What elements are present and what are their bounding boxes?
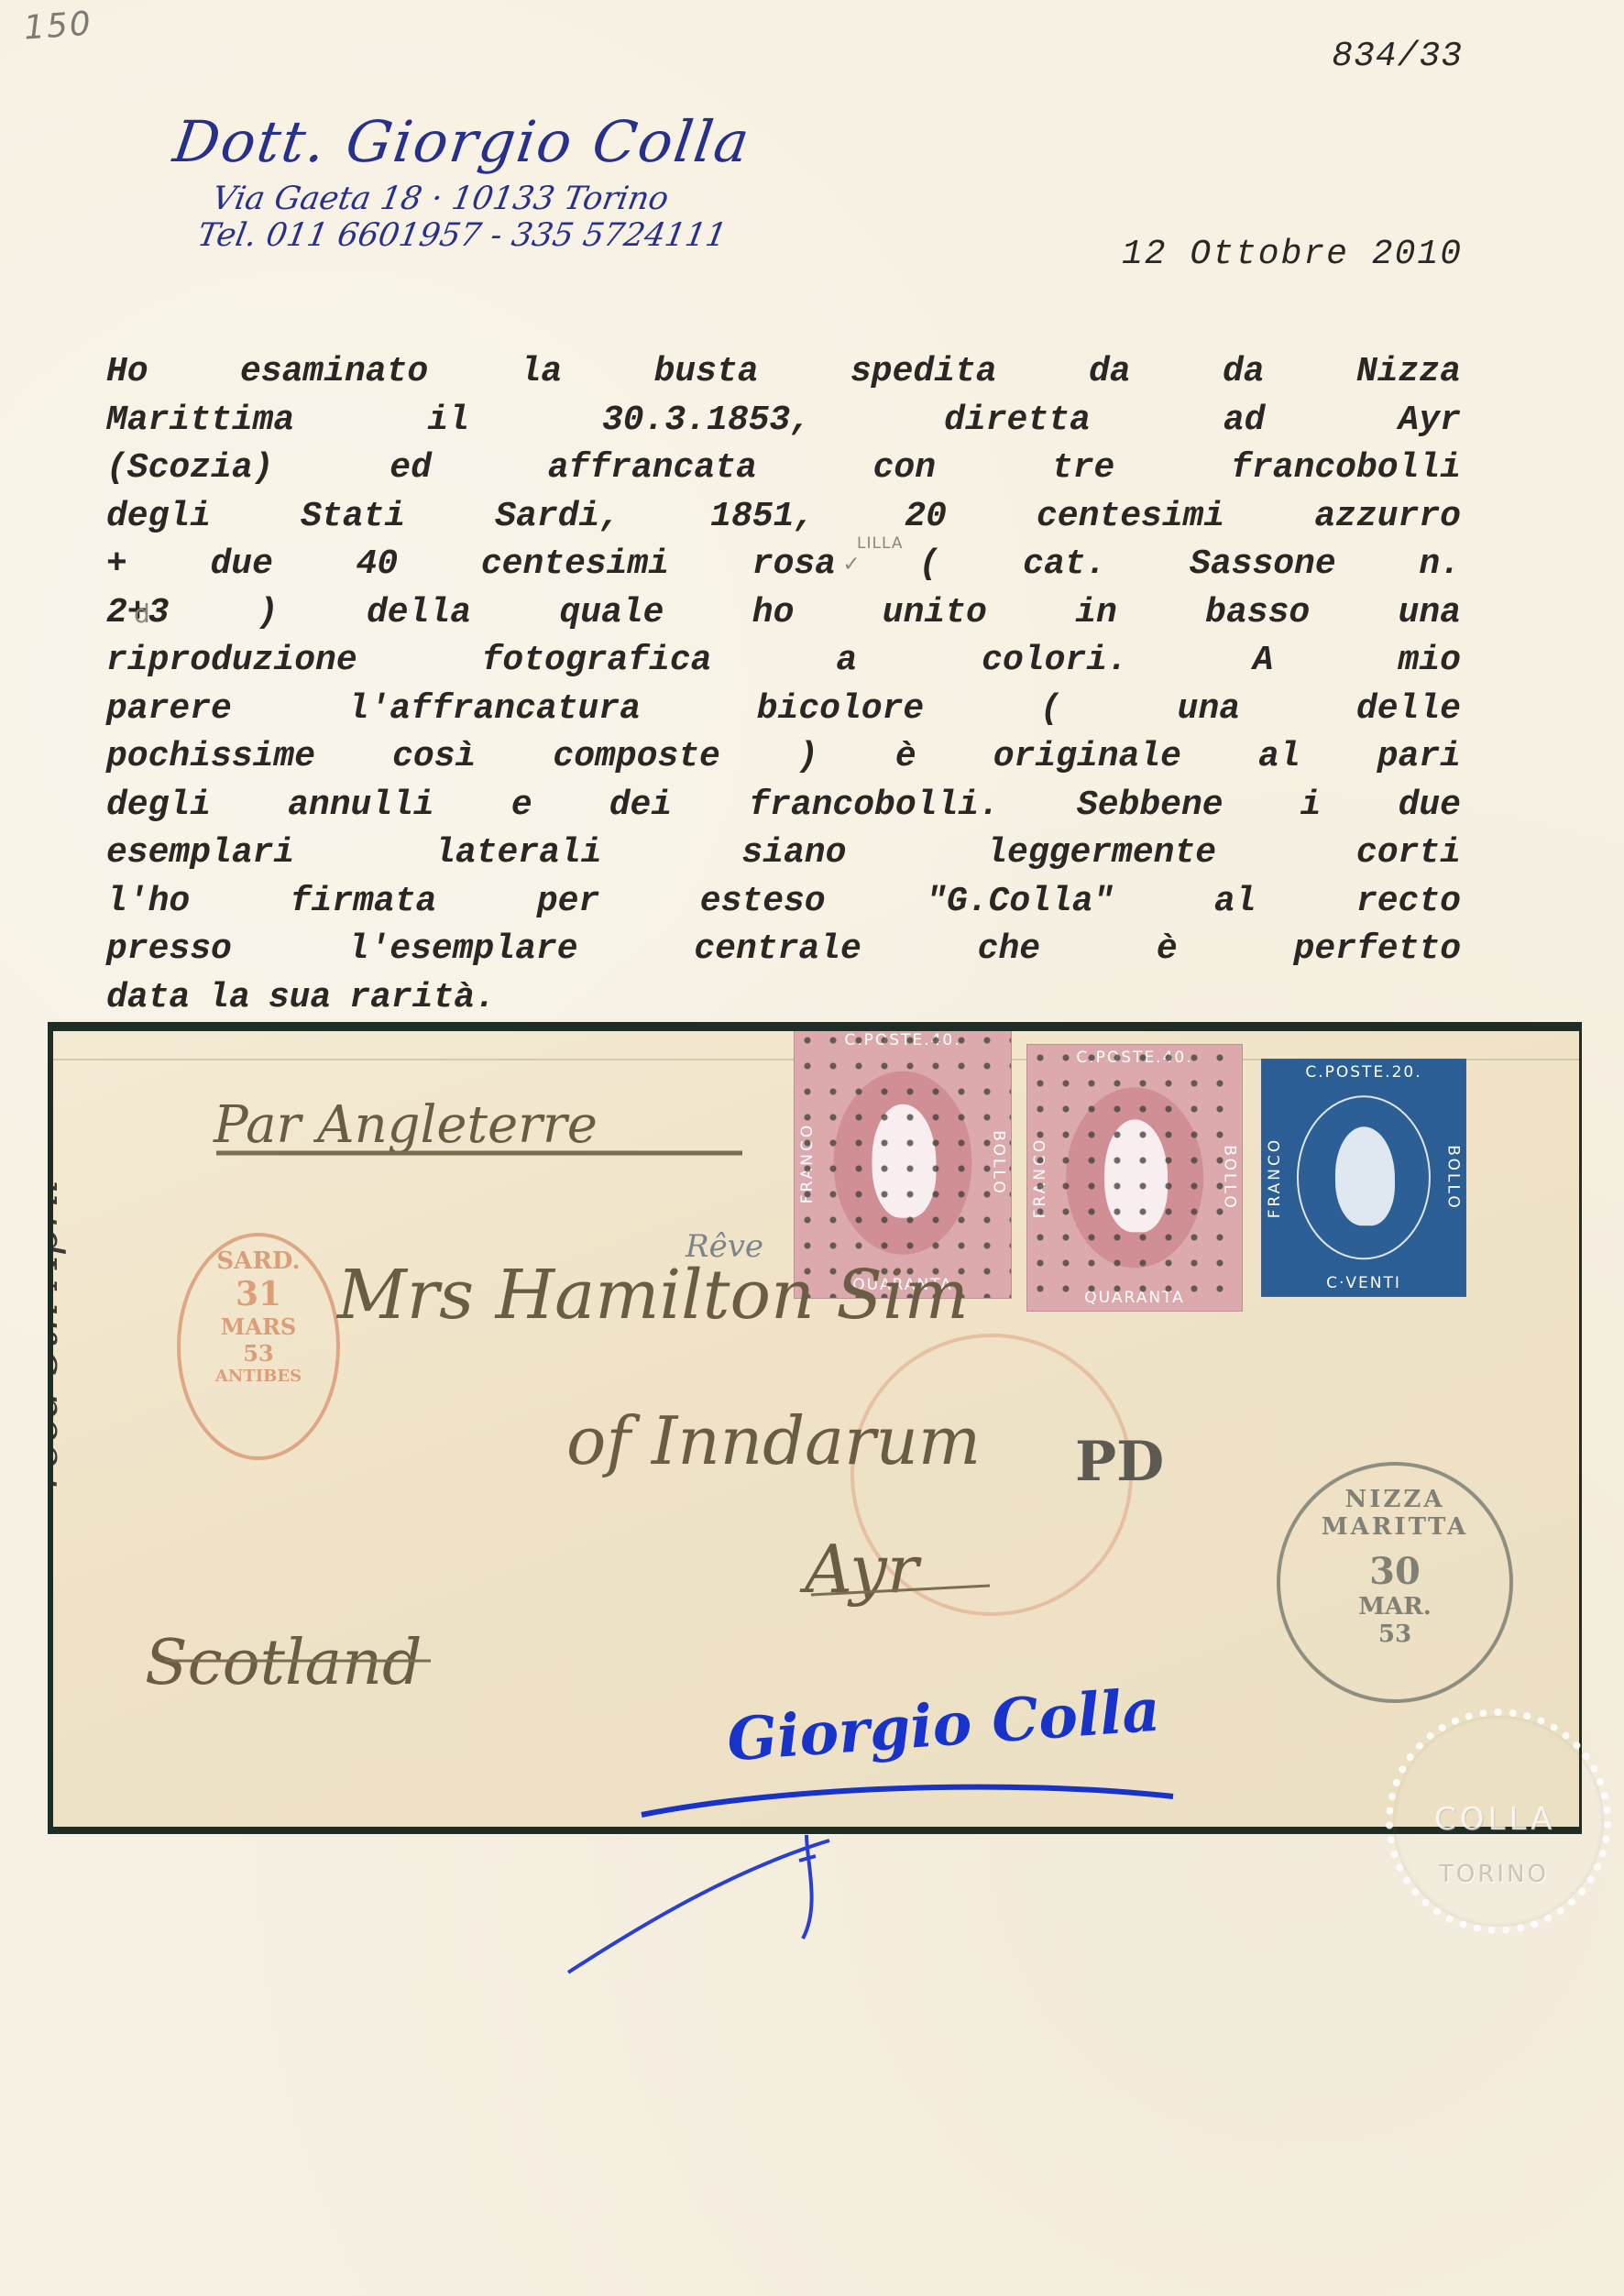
body-word: ad [1223, 397, 1266, 445]
certificate-body-line: degliannulliedeifrancobolli.Sebbeneidue [106, 782, 1461, 830]
body-word: pari [1377, 733, 1461, 782]
certificate-body-line: degliStatiSardi,1851,20centesimiazzurro [106, 493, 1461, 542]
certificate-body-line: HoesaminatolabustaspeditadadaNizza [106, 348, 1461, 397]
body-word: Ho [106, 348, 148, 397]
body-word: ) [797, 733, 818, 782]
body-word: Ayr [1399, 397, 1461, 445]
body-word: degli [106, 493, 211, 542]
pencil-annotation-lilla: LILLA [857, 534, 903, 553]
certificate-number: 834/33 [1332, 37, 1463, 76]
stamp-bottom-legend: QUARANTA [1027, 1289, 1242, 1307]
body-word: la [521, 348, 563, 397]
body-word: corti [1356, 829, 1461, 878]
body-word: quale [559, 589, 664, 638]
postmark-month: MAR. [1280, 1593, 1509, 1620]
body-word: è [895, 733, 916, 782]
address-country: Scotland [145, 1627, 422, 1699]
postmark-year: 53 [1280, 1620, 1509, 1648]
body-word: l'ho [106, 878, 190, 927]
envelope-photo: C.POSTE.40. FRANCO BOLLO QUARANTA C.POST… [53, 1031, 1579, 1827]
body-word: annulli [288, 782, 434, 830]
body-word: della [367, 589, 471, 638]
body-word: dei [609, 782, 672, 830]
expert-signature: Giorgio Colla [725, 1676, 1162, 1775]
certificate-body-line: (Scozia)edaffrancatacontrefrancobolli [106, 445, 1461, 493]
certificate-body-line: pressol'esemplarecentralecheèperfetto [106, 926, 1461, 974]
pencil-reference-number: 150 [23, 5, 93, 47]
body-word: degli [106, 782, 211, 830]
body-word: affrancata [548, 445, 757, 493]
pencil-note: Rêve [686, 1228, 763, 1265]
pencil-annotation-d: d [134, 599, 150, 629]
body-word: pochissime [106, 733, 315, 782]
body-word: colori. [982, 637, 1128, 686]
body-word: tre [1052, 445, 1114, 493]
body-word: una [1178, 686, 1240, 734]
body-word: siano [741, 829, 846, 878]
certificate-body-line: riproduzionefotograficaacolori.Amio [106, 637, 1461, 686]
body-word: rarità. [349, 974, 496, 1023]
body-word: e [511, 782, 532, 830]
body-word: n. [1419, 541, 1461, 589]
body-word: la [208, 974, 250, 1023]
pencil-check-mark: ✓ [844, 550, 859, 578]
stamp-right-legend: BOLLO [1220, 1145, 1238, 1210]
body-word: rosa [752, 541, 836, 589]
stamp-top-legend: C.POSTE.40. [1027, 1049, 1242, 1067]
certificate-body: HoesaminatolabustaspeditadadaNizzaMaritt… [106, 348, 1461, 1022]
body-word: a [836, 637, 857, 686]
certificate-body-line: pochissimecosìcomposte)èoriginalealpari [106, 733, 1461, 782]
stamp-right-legend: BOLLO [989, 1130, 1007, 1195]
receipt-note: recd 5th April [53, 1179, 68, 1489]
body-word: Stati [301, 493, 405, 542]
king-profile-icon [1104, 1120, 1168, 1232]
body-word: recto [1356, 878, 1461, 927]
king-profile-icon [872, 1104, 936, 1217]
body-word: Sardi, [495, 493, 620, 542]
body-word: francobolli. [749, 782, 1000, 830]
body-word: cat. [1023, 541, 1106, 589]
body-word: il [427, 397, 469, 445]
body-word: Sebbene [1077, 782, 1223, 830]
stamp-top-legend: C.POSTE.40. [795, 1031, 1011, 1049]
body-word: due [210, 541, 272, 589]
body-word: una [1399, 589, 1461, 638]
postmark-sard-antibes: SARD. 31 MARS 53 ANTIBES [177, 1233, 340, 1460]
addressee-name: Mrs Hamilton Sim [337, 1256, 969, 1335]
body-word: diretta [944, 397, 1091, 445]
body-word: delle [1356, 686, 1461, 734]
postmark-bottom-text: ANTIBES [181, 1367, 336, 1386]
king-profile-icon [1335, 1126, 1395, 1226]
body-word: busta [654, 348, 759, 397]
body-word: bicolore [757, 686, 924, 734]
postmark-month: MARS [181, 1313, 336, 1340]
body-word: originale [993, 733, 1181, 782]
letterhead: Dott. Giorgio Colla Via Gaeta 18 · 10133… [174, 108, 761, 254]
body-word: composte [553, 733, 719, 782]
body-word: 40 [357, 541, 399, 589]
postmark-day: 30 [1280, 1550, 1509, 1593]
stamp-left-legend: FRANCO [1031, 1137, 1049, 1219]
body-word: centesimi [481, 541, 669, 589]
body-word: l'esemplare [348, 926, 578, 974]
body-word: azzurro [1314, 493, 1461, 542]
stamp-bottom-legend: C·VENTI [1262, 1274, 1465, 1292]
certificate-body-line: 2+3)dellaqualehounitoinbassouna [106, 589, 1461, 638]
embossed-seal-city: TORINO [1430, 1861, 1558, 1888]
body-word: mio [1399, 637, 1461, 686]
embossed-seal-name: COLLA [1434, 1801, 1555, 1838]
stamp-top-legend: C.POSTE.20. [1262, 1063, 1465, 1082]
stamp-oval [1066, 1087, 1203, 1268]
body-word: ( [1040, 686, 1061, 734]
body-word: (Scozia) [106, 445, 273, 493]
body-word: presso [106, 926, 232, 974]
body-word: Marittima [106, 397, 294, 445]
postmark-top-text: SARD. [181, 1247, 336, 1275]
body-word: per [537, 878, 599, 927]
postmark-year: 53 [181, 1340, 336, 1367]
body-word: da [1089, 348, 1131, 397]
body-word: esteso [700, 878, 826, 927]
route-note: Par Angleterre [214, 1095, 598, 1155]
body-word: ) [258, 589, 279, 638]
body-word: ( [919, 541, 940, 589]
body-word: "G.Colla" [926, 878, 1114, 927]
body-word: l'affrancatura [348, 686, 641, 734]
expert-address: Via Gaeta 18 · 10133 Torino [170, 181, 763, 217]
body-word: leggermente [986, 829, 1216, 878]
body-word: ho [752, 589, 795, 638]
body-word: perfetto [1294, 926, 1461, 974]
body-word: da [1223, 348, 1265, 397]
body-word: laterali [434, 829, 601, 878]
body-word: fotografica [482, 637, 712, 686]
body-word: riproduzione [106, 637, 357, 686]
body-word: due [1399, 782, 1461, 830]
body-word: esaminato [240, 348, 428, 397]
body-word: esemplari [106, 829, 294, 878]
expert-phone: Tel. 011 6601957 - 335 5724111 [170, 217, 763, 254]
body-word: A [1253, 637, 1274, 686]
postmark-nizza-marittima: NIZZA MARITTA 30 MAR. 53 [1277, 1462, 1513, 1703]
postmark-day: 31 [181, 1275, 336, 1313]
body-word: in [1075, 589, 1117, 638]
stamp-left-legend: FRANCO [1266, 1137, 1284, 1219]
body-word: spedita [850, 348, 997, 397]
stamp-left-legend: FRANCO [798, 1122, 817, 1203]
body-word: basso [1205, 589, 1310, 638]
stamp-oval [833, 1071, 971, 1255]
expert-name: Dott. Giorgio Colla [170, 108, 765, 175]
certificate-body-line: esemplarilateralisianoleggermentecorti [106, 829, 1461, 878]
body-word: parere [106, 686, 232, 734]
certificate-body-line: parerel'affrancaturabicolore(unadelle [106, 686, 1461, 734]
body-word: i [1300, 782, 1322, 830]
body-word: ed [390, 445, 432, 493]
body-word: + [106, 541, 127, 589]
postmark-top-text: NIZZA MARITTA [1280, 1486, 1509, 1541]
body-word: Sassone [1190, 541, 1336, 589]
body-word: centesimi [1037, 493, 1224, 542]
body-word: è [1157, 926, 1178, 974]
body-word: unito [883, 589, 987, 638]
address-city: Ayr [805, 1531, 918, 1608]
body-word: al [1258, 733, 1300, 782]
body-word: Nizza [1356, 348, 1461, 397]
body-word: francobolli [1231, 445, 1461, 493]
body-word: che [978, 926, 1040, 974]
certificate-date: 12 Ottobre 2010 [1122, 235, 1463, 274]
stamp-20c: C.POSTE.20. FRANCO BOLLO C·VENTI [1261, 1059, 1466, 1297]
body-word: data [106, 974, 190, 1023]
stamp-right-legend: BOLLO [1443, 1145, 1462, 1210]
body-word: così [392, 733, 476, 782]
body-word: firmata [291, 878, 437, 927]
body-word: sua [269, 974, 331, 1023]
body-word: al [1214, 878, 1256, 927]
body-word: con [873, 445, 936, 493]
address-line: of Inndarum [566, 1402, 981, 1479]
body-word: centrale [694, 926, 861, 974]
certificate-body-line: +due40centesimirosa(cat.Sassonen. [106, 541, 1461, 589]
certificate-body-line: l'hofirmataperesteso"G.Colla"alrecto [106, 878, 1461, 927]
body-word: 20 [905, 493, 947, 542]
certificate-body-line: datalasuararità. [106, 974, 1461, 1023]
certificate-body-line: Marittimail30.3.1853,direttaadAyr [106, 397, 1461, 445]
pd-handstamp: PD [1075, 1430, 1164, 1494]
body-word: 1851, [710, 493, 815, 542]
stamp-40c-middle: C.POSTE.40. FRANCO BOLLO QUARANTA [1026, 1044, 1243, 1312]
body-word: 30.3.1853, [602, 397, 811, 445]
stamp-oval [1297, 1095, 1431, 1259]
